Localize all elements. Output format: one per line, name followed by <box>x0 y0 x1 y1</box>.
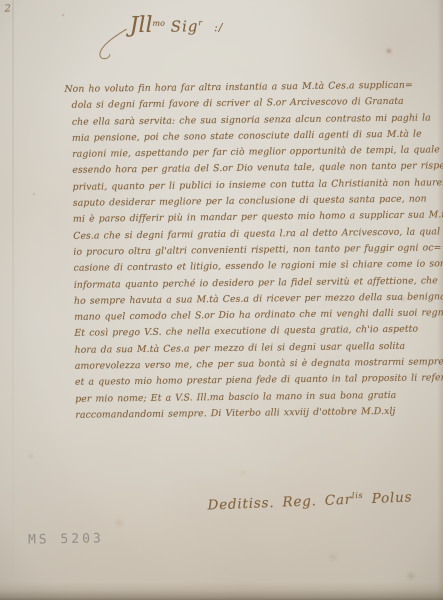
paper-right-edge <box>437 0 443 600</box>
photo-vignette <box>0 0 443 600</box>
paper-bottom-edge <box>0 582 443 600</box>
manuscript-photo: 2 Jllmo Sigr :/ Non ho voluto fin hora f… <box>0 0 443 600</box>
